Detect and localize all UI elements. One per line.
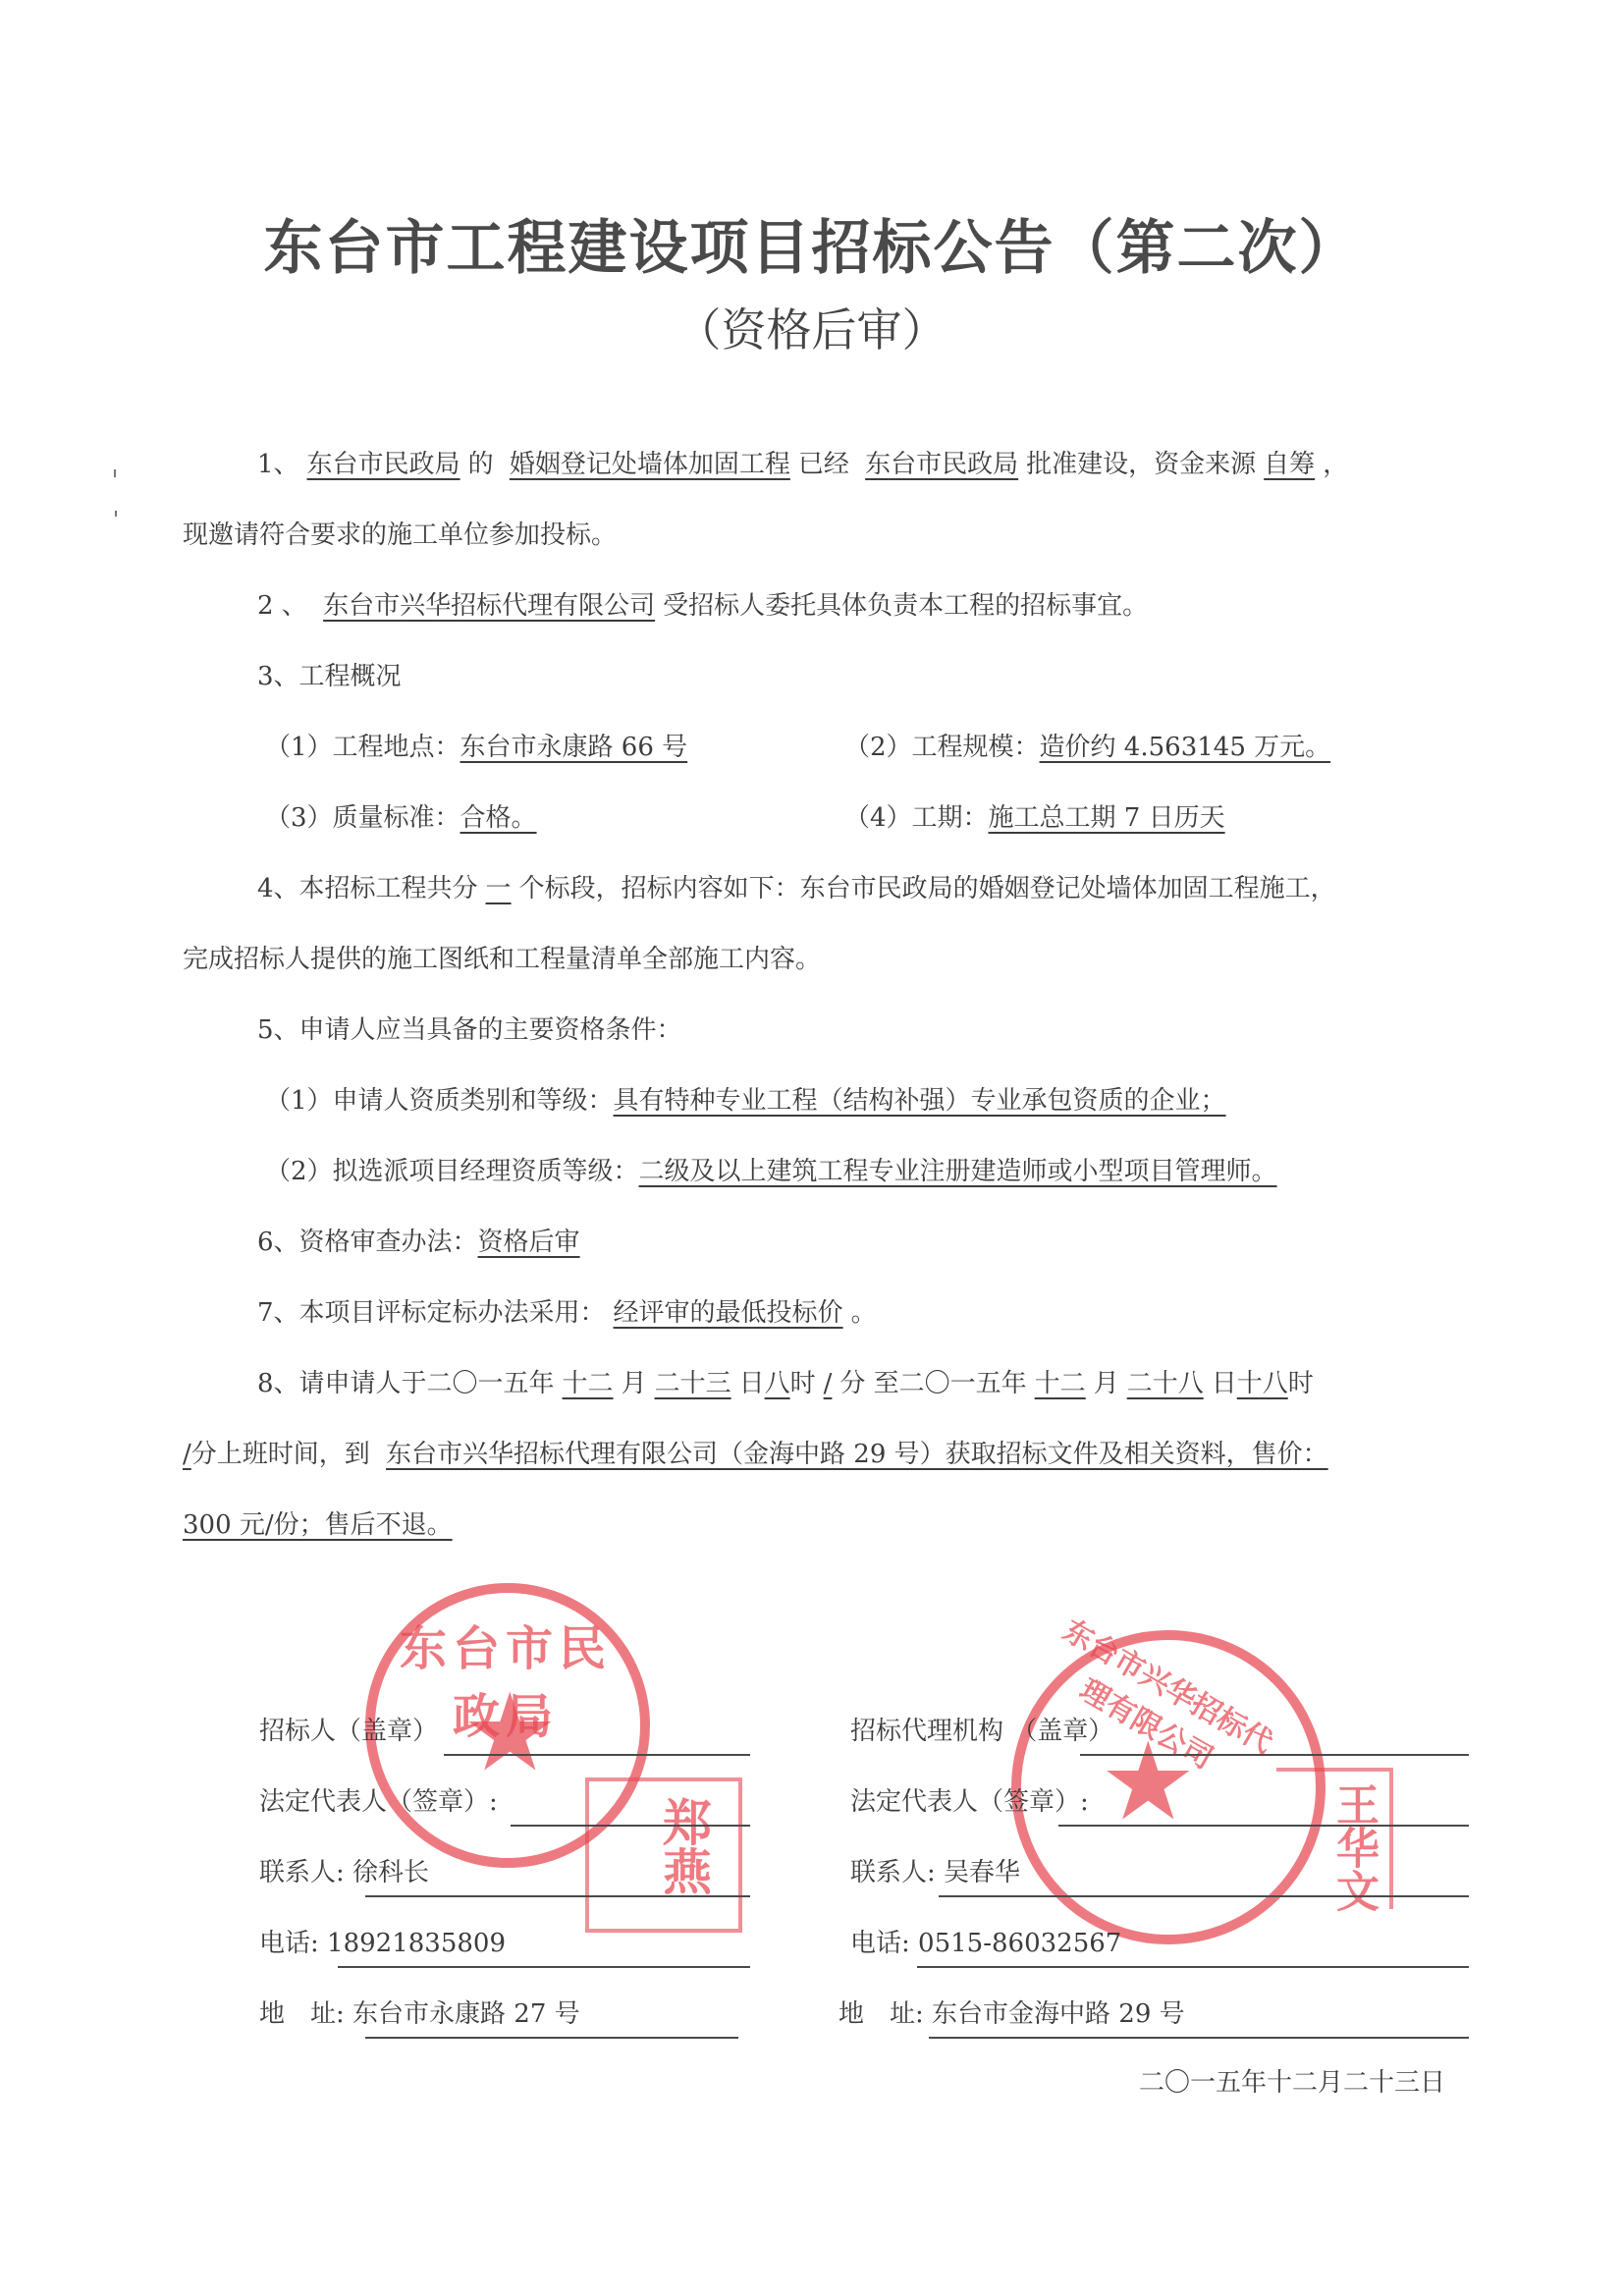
scan-speck — [114, 469, 116, 477]
right-address-value: 东台市金海中路 29 号 — [932, 1999, 1185, 2029]
review-method-field: 资格后审 — [478, 1228, 580, 1257]
right-address: 地 址: 东台市金海中路 29 号 — [839, 1994, 1185, 2030]
project-location: （1）工程地点：东台市永康路 66 号 — [265, 727, 687, 763]
location-field: 东台市永康路 66 号 — [460, 733, 688, 762]
approver-field: 东台市民政局 — [857, 450, 1026, 479]
section-7: 7、本项目评标定标办法采用：经评审的最低投标价。 — [257, 1292, 877, 1329]
left-address-value: 东台市永康路 27 号 — [352, 1999, 580, 2029]
lot-count-field: 一 — [478, 874, 519, 903]
section-8-line-1: 8、请申请人于二〇一五年十二月二十三日八时/分 至二〇一五年十二月二十八日十八时 — [257, 1363, 1314, 1399]
page-title: 东台市工程建设项目招标公告（第二次） — [0, 201, 1623, 286]
project-name-field: 婚姻登记处墙体加固工程 — [502, 450, 798, 479]
seal-star-icon: ★ — [461, 1669, 559, 1795]
evaluation-method-field: 经评审的最低投标价 — [606, 1298, 851, 1328]
section-1-line-2: 现邀请符合要求的施工单位参加投标。 — [183, 515, 617, 551]
agency-label: 招标代理机构 （盖章） — [850, 1711, 1113, 1747]
right-contact-name: 吴春华 — [944, 1858, 1020, 1887]
section-4-line-2: 完成招标人提供的施工图纸和工程量清单全部施工内容。 — [183, 939, 821, 975]
right-contact: 联系人: 吴春华 — [850, 1852, 1020, 1888]
pickup-location-field: 东台市兴华招标代理有限公司（金海中路 29 号）获取招标文件及相关资料，售价： — [378, 1440, 1336, 1469]
left-contact-name: 徐科长 — [352, 1858, 429, 1887]
left-phone: 电话: 18921835809 — [259, 1923, 506, 1959]
right-rep-signature-line — [1058, 1825, 1469, 1827]
right-phone-line — [917, 1966, 1469, 1968]
agency-signature-line — [1080, 1754, 1469, 1756]
construction-period: （4）工期：施工总工期 7 日历天 — [844, 797, 1225, 834]
section-2: 2 、 东台市兴华招标代理有限公司受招标人委托具体负责本工程的招标事宜。 — [257, 585, 1148, 622]
agency-field: 东台市兴华招标代理有限公司 — [315, 591, 663, 621]
page-subtitle: （资格后审） — [0, 295, 1623, 359]
project-scale: （2）工程规模：造价约 4.563145 万元。 — [844, 727, 1330, 763]
left-address: 地 址: 东台市永康路 27 号 — [259, 1994, 580, 2030]
right-contact-line — [939, 1895, 1469, 1897]
qualification-2: （2）拟选派项目经理资质等级：二级及以上建筑工程专业注册建造师或小型项目管理师。 — [265, 1151, 1277, 1187]
owner-field: 东台市民政局 — [299, 450, 468, 479]
qualification-1-field: 具有特种专业工程（结构补强）专业承包资质的企业； — [614, 1086, 1226, 1116]
tenderer-label: 招标人（盖章） — [259, 1711, 438, 1747]
scale-field: 造价约 4.563145 万元。 — [1040, 733, 1331, 762]
quality-standard: （3）质量标准：合格。 — [265, 797, 537, 834]
right-phone-number: 0515-86032567 — [918, 1929, 1121, 1958]
left-rep-label: 法定代表人（签章）: — [259, 1781, 498, 1818]
left-phone-line — [338, 1966, 750, 1968]
section-4-line-1: 4、本招标工程共分一个标段，招标内容如下：东台市民政局的婚姻登记处墙体加固工程施… — [257, 868, 1336, 904]
right-address-line — [929, 2037, 1469, 2039]
section-3-heading: 3、工程概况 — [257, 656, 402, 692]
section-6: 6、资格审查办法：资格后审 — [257, 1222, 580, 1258]
section-8-line-3: 300 元/份；售后不退。 — [183, 1504, 453, 1541]
funding-field: 自筹 — [1256, 450, 1323, 479]
price-field: 300 元/份；售后不退。 — [183, 1510, 453, 1540]
section-5-heading: 5、申请人应当具备的主要资格条件： — [257, 1010, 682, 1046]
quality-field: 合格。 — [460, 803, 537, 833]
left-rep-signature-line — [511, 1825, 750, 1827]
left-address-line — [365, 2037, 738, 2039]
left-contact: 联系人: 徐科长 — [259, 1852, 429, 1888]
tenderer-signature-line — [444, 1754, 750, 1756]
issue-date: 二〇一五年十二月二十三日 — [1139, 2062, 1445, 2099]
right-signature-seal-text: 王华文 — [1286, 1782, 1384, 1912]
left-phone-number: 18921835809 — [327, 1929, 506, 1958]
right-phone: 电话: 0515-86032567 — [850, 1923, 1121, 1959]
left-signature-seal-text: 郑燕 — [601, 1797, 719, 1895]
right-rep-label: 法定代表人（签章）: — [850, 1781, 1089, 1818]
section-8-line-2: /分上班时间，到 东台市兴华招标代理有限公司（金海中路 29 号）获取招标文件及… — [183, 1434, 1336, 1470]
qualification-2-field: 二级及以上建筑工程专业注册建造师或小型项目管理师。 — [639, 1157, 1277, 1186]
scan-speck — [115, 511, 117, 517]
duration-field: 施工总工期 7 日历天 — [989, 803, 1225, 833]
left-contact-line — [365, 1895, 750, 1897]
section-1-line-1: 1、东台市民政局的 婚姻登记处墙体加固工程已经 东台市民政局批准建设，资金来源自… — [257, 444, 1348, 480]
qualification-1: （1）申请人资质类别和等级：具有特种专业工程（结构补强）专业承包资质的企业； — [265, 1080, 1226, 1117]
